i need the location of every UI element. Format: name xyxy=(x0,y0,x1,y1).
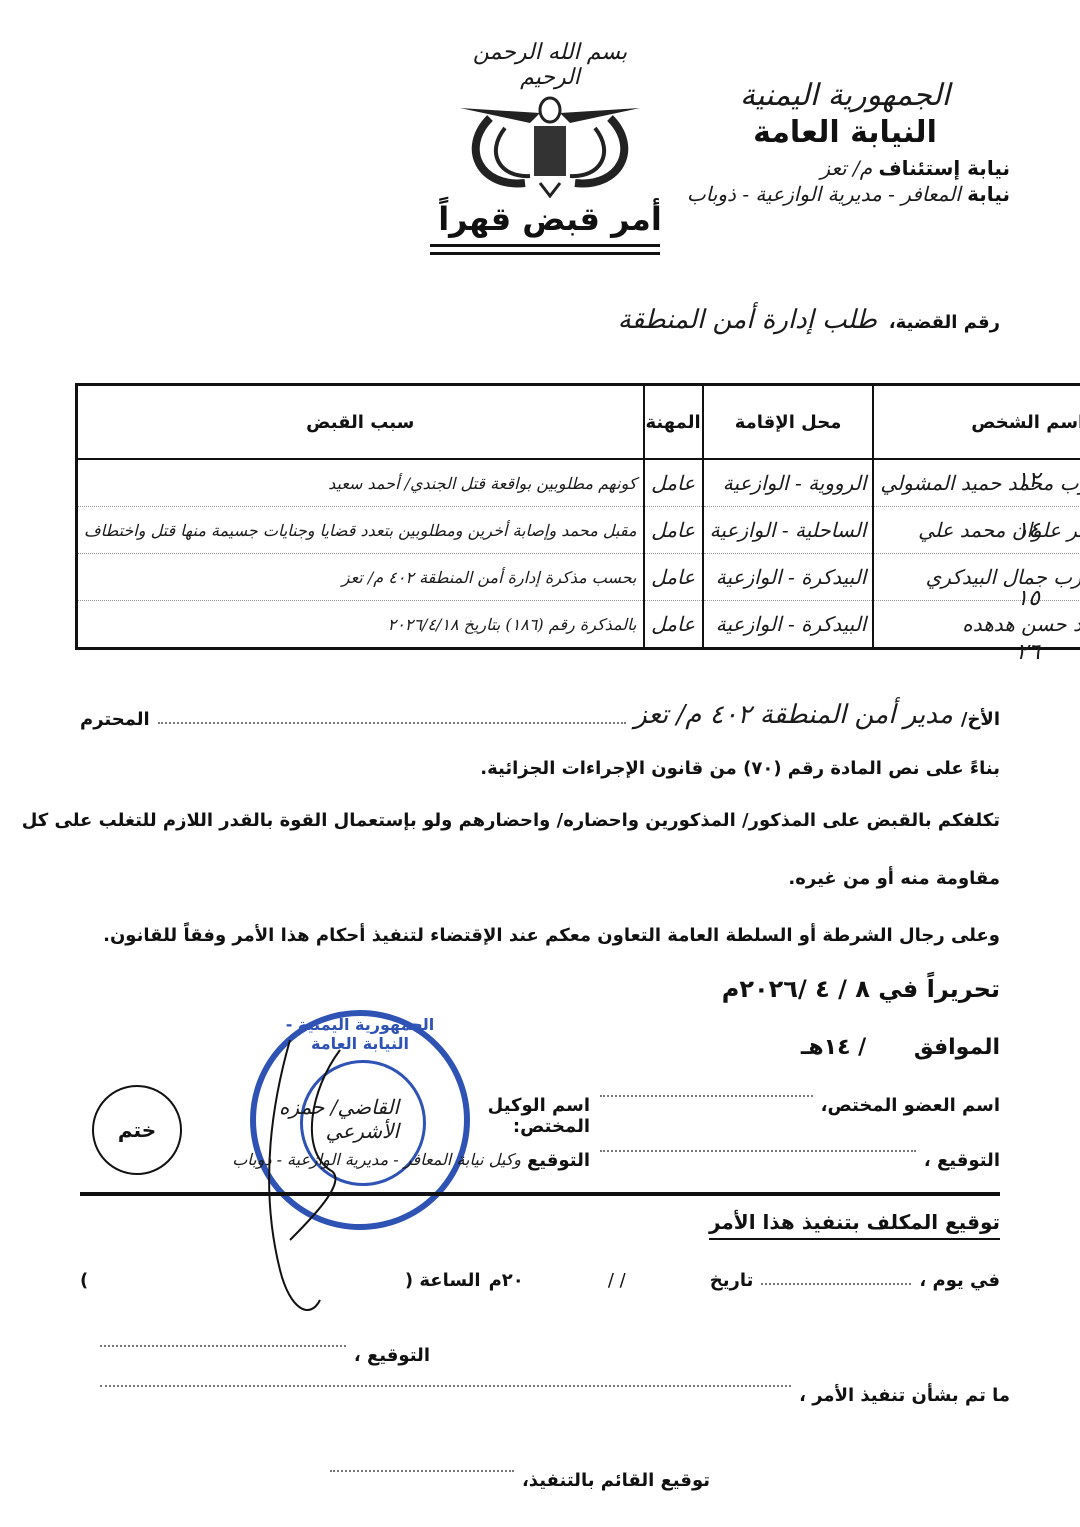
member-signature-field: التوقيع ، xyxy=(600,1150,1000,1171)
row-number: ١٥ xyxy=(1016,586,1040,611)
addressee-value: مدير أمن المنطقة ٤٠٢ م/ تعز xyxy=(634,700,953,730)
appeal-prosecution: نيابة إستئناف م/ تعز xyxy=(680,156,1010,180)
police-cooperation: وعلى رجال الشرطة أو السلطة العامة التعاو… xyxy=(103,925,1000,946)
yemen-eagle-emblem-icon xyxy=(450,88,650,198)
person-name: صدام عبدالرب جمال البيدكري xyxy=(873,554,1080,601)
dotted-line xyxy=(100,1385,791,1387)
row-number: ١٤ xyxy=(1016,518,1040,543)
dotted-line xyxy=(100,1345,346,1347)
order-text: تكلفكم بالقبض على المذكور/ المذكورين واح… xyxy=(22,810,1000,831)
col-reason: سبب القبض xyxy=(77,385,644,460)
table-header-row: اسم الشخص محل الإقامة المهنة سبب القبض xyxy=(77,385,1080,460)
person-residence: البيدكرة - الوازعية xyxy=(703,554,874,601)
authority-name: النيابة العامة xyxy=(680,115,1010,150)
hijri-date: الموافق / ١٤هـ xyxy=(801,1035,1000,1060)
col-name: اسم الشخص xyxy=(873,385,1080,460)
row-number: ٢٦ xyxy=(1016,640,1040,665)
person-name: محمد مصيوب محمد حميد المشولي xyxy=(873,459,1080,507)
table-row: صدام عبدالرب جمال البيدكري البيدكرة - ال… xyxy=(77,554,1080,601)
table-row: ردمان محمد حسن هدهده البيدكرة - الوازعية… xyxy=(77,601,1080,649)
title-underline xyxy=(430,244,660,247)
table-row: الحبيب منصر علوان محمد علي الساحلية - ال… xyxy=(77,507,1080,554)
col-job: المهنة xyxy=(644,385,703,460)
person-residence: الساحلية - الوازعية xyxy=(703,507,874,554)
person-job: عامل xyxy=(644,601,703,649)
executor-signature-field: التوقيع ، xyxy=(100,1345,430,1366)
written-date: تحريراً في ٨ / ٤ /٢٠٢٦م xyxy=(722,975,1000,1003)
person-residence: الرووية - الوازعية xyxy=(703,459,874,507)
execution-date-row: في يوم ، تاريخ / / ٢٠م الساعة ( ) xyxy=(80,1270,1000,1291)
case-number-label: رقم القضية، xyxy=(889,312,1000,333)
persons-table: اسم الشخص محل الإقامة المهنة سبب القبض م… xyxy=(75,383,1080,650)
person-residence: البيدكرة - الوازعية xyxy=(703,601,874,649)
arrest-reason: بحسب مذكرة إدارة أمن المنطقة ٤٠٢ م/ تعز xyxy=(77,554,644,601)
execution-heading: توقيع المكلف بتنفيذ هذا الأمر xyxy=(709,1210,1000,1240)
arrest-reason: بالمذكرة رقم (١٨٦) بتاريخ ٢٠٢٦/٤/١٨ xyxy=(77,601,644,649)
member-name-field: اسم العضو المختص، xyxy=(600,1095,1000,1116)
addressee-suffix: المحترم xyxy=(80,709,150,730)
addressee-line: الأخ/ مدير أمن المنطقة ٤٠٢ م/ تعز المحتر… xyxy=(80,700,1000,730)
execution-outcome-field: ما تم بشأن تنفيذ الأمر ، xyxy=(100,1385,1010,1406)
table-row: محمد مصيوب محمد حميد المشولي الرووية - ا… xyxy=(77,459,1080,507)
title-underline xyxy=(430,252,660,255)
dotted-line xyxy=(158,722,626,724)
person-job: عامل xyxy=(644,459,703,507)
arrest-reason: مقبل محمد وإصابة أخرين ومطلوبين بتعدد قض… xyxy=(77,507,644,554)
agent-signature-field: التوقيع وكيل نيابة المعافر - مديرية الوا… xyxy=(150,1150,590,1171)
dotted-line xyxy=(330,1470,514,1472)
person-job: عامل xyxy=(644,507,703,554)
document-title: أمر قبض قهراً xyxy=(420,200,680,238)
case-number: رقم القضية، طلب إدارة أمن المنطقة xyxy=(618,305,1000,335)
basmala: بسم الله الرحمن الرحيم xyxy=(470,40,630,90)
stamp-placeholder: ختم xyxy=(92,1085,182,1175)
person-job: عامل xyxy=(644,554,703,601)
arrest-reason: كونهم مطلوبين بواقعة قتل الجندي/ أحمد سع… xyxy=(77,459,644,507)
dotted-line xyxy=(761,1283,911,1285)
district-prosecution: نيابة المعافر - مديرية الوازعية - ذوباب xyxy=(680,182,1010,206)
person-name: الحبيب منصر علوان محمد علي xyxy=(873,507,1080,554)
legal-basis: بناءً على نص المادة رقم (٧٠) من قانون ال… xyxy=(480,758,1000,779)
header-institution: الجمهورية اليمنية النيابة العامة نيابة إ… xyxy=(680,78,1010,206)
addressee-label: الأخ/ xyxy=(961,709,1000,730)
dotted-line xyxy=(600,1150,916,1152)
country-name: الجمهورية اليمنية xyxy=(680,78,1010,113)
executor-final-signature-field: توقيع القائم بالتنفيذ، xyxy=(330,1470,710,1491)
case-number-value: طلب إدارة أمن المنطقة xyxy=(618,305,877,335)
col-residence: محل الإقامة xyxy=(703,385,874,460)
person-name: ردمان محمد حسن هدهده xyxy=(873,601,1080,649)
order-text-cont: مقاومة منه أو من غيره. xyxy=(788,868,1000,889)
row-number: ١٢ xyxy=(1016,468,1040,493)
divider xyxy=(80,1192,1000,1196)
dotted-line xyxy=(600,1095,813,1097)
